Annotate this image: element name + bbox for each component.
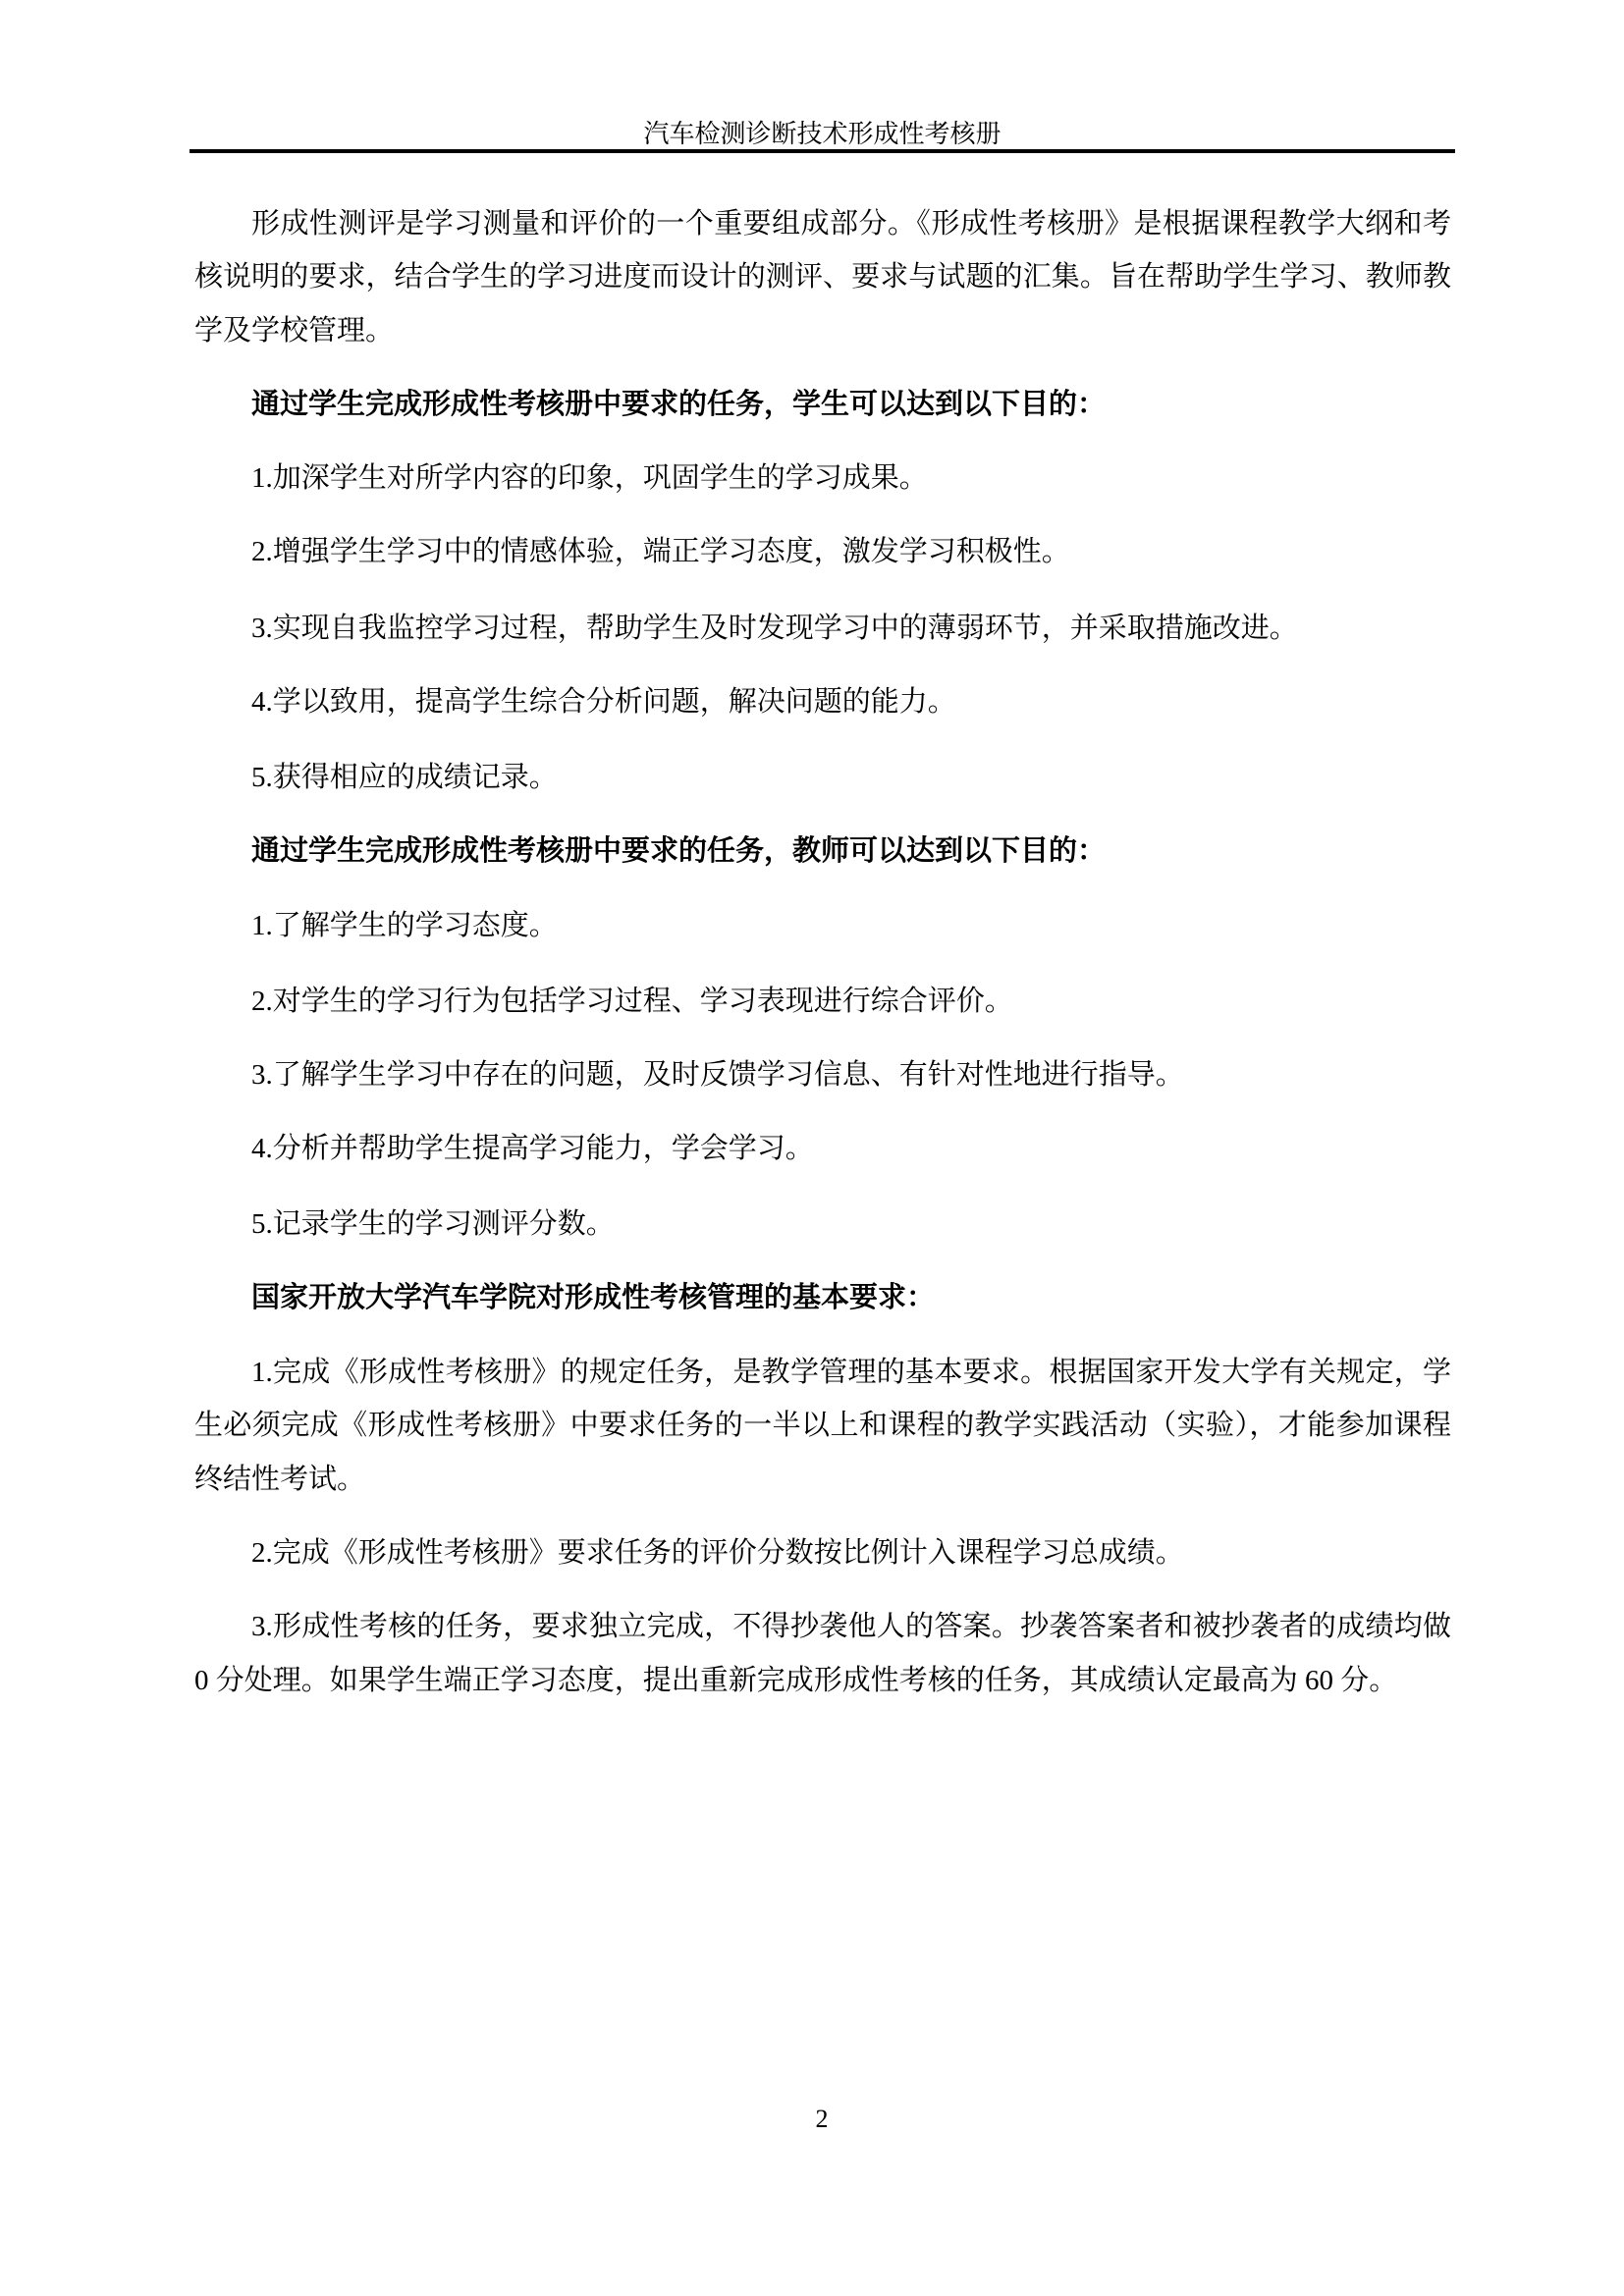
list-item: 5.获得相应的成绩记录。 <box>251 758 1451 797</box>
section-heading: 通过学生完成形成性考核册中要求的任务，教师可以达到以下目的： <box>251 831 1451 871</box>
requirement-line: 终结性考试。 <box>194 1460 1451 1499</box>
running-header-title: 汽车检测诊断技术形成性考核册 <box>189 116 1455 153</box>
requirement-line: 2.完成《形成性考核册》要求任务的评价分数按比例计入课程学习总成绩。 <box>251 1533 1451 1573</box>
requirement-line: 生必须完成《形成性考核册》中要求任务的一半以上和课程的教学实践活动（实验），才能… <box>194 1406 1451 1445</box>
intro-line: 学及学校管理。 <box>194 311 1451 350</box>
header-divider <box>189 149 1455 153</box>
intro-line: 形成性测评是学习测量和评价的一个重要组成部分。《形成性考核册》是根据课程教学大纲… <box>251 204 1451 243</box>
list-item: 3.了解学生学习中存在的问题，及时反馈学习信息、有针对性地进行指导。 <box>251 1055 1451 1095</box>
section-heading: 通过学生完成形成性考核册中要求的任务，学生可以达到以下目的： <box>251 385 1451 424</box>
list-item: 4.学以致用，提高学生综合分析问题，解决问题的能力。 <box>251 682 1451 721</box>
intro-line: 核说明的要求，结合学生的学习进度而设计的测评、要求与试题的汇集。旨在帮助学生学习… <box>194 257 1451 296</box>
requirement-line: 1.完成《形成性考核册》的规定任务，是教学管理的基本要求。根据国家开发大学有关规… <box>251 1353 1451 1392</box>
list-item: 1.加深学生对所学内容的印象，巩固学生的学习成果。 <box>251 458 1451 498</box>
page-number: 2 <box>773 2103 871 2136</box>
list-item: 4.分析并帮助学生提高学习能力，学会学习。 <box>251 1129 1451 1168</box>
list-item: 3.实现自我监控学习过程，帮助学生及时发现学习中的薄弱环节，并采取措施改进。 <box>251 609 1451 648</box>
list-item: 5.记录学生的学习测评分数。 <box>251 1204 1451 1244</box>
requirement-line: 0 分处理。如果学生端正学习态度，提出重新完成形成性考核的任务，其成绩认定最高为… <box>194 1661 1451 1700</box>
list-item: 1.了解学生的学习态度。 <box>251 906 1451 945</box>
list-item: 2.对学生的学习行为包括学习过程、学习表现进行综合评价。 <box>251 982 1451 1021</box>
list-item: 2.增强学生学习中的情感体验，端正学习态度，激发学习积极性。 <box>251 532 1451 571</box>
section-heading: 国家开放大学汽车学院对形成性考核管理的基本要求： <box>251 1278 1451 1317</box>
requirement-line: 3.形成性考核的任务，要求独立完成，不得抄袭他人的答案。抄袭答案者和被抄袭者的成… <box>251 1607 1451 1646</box>
